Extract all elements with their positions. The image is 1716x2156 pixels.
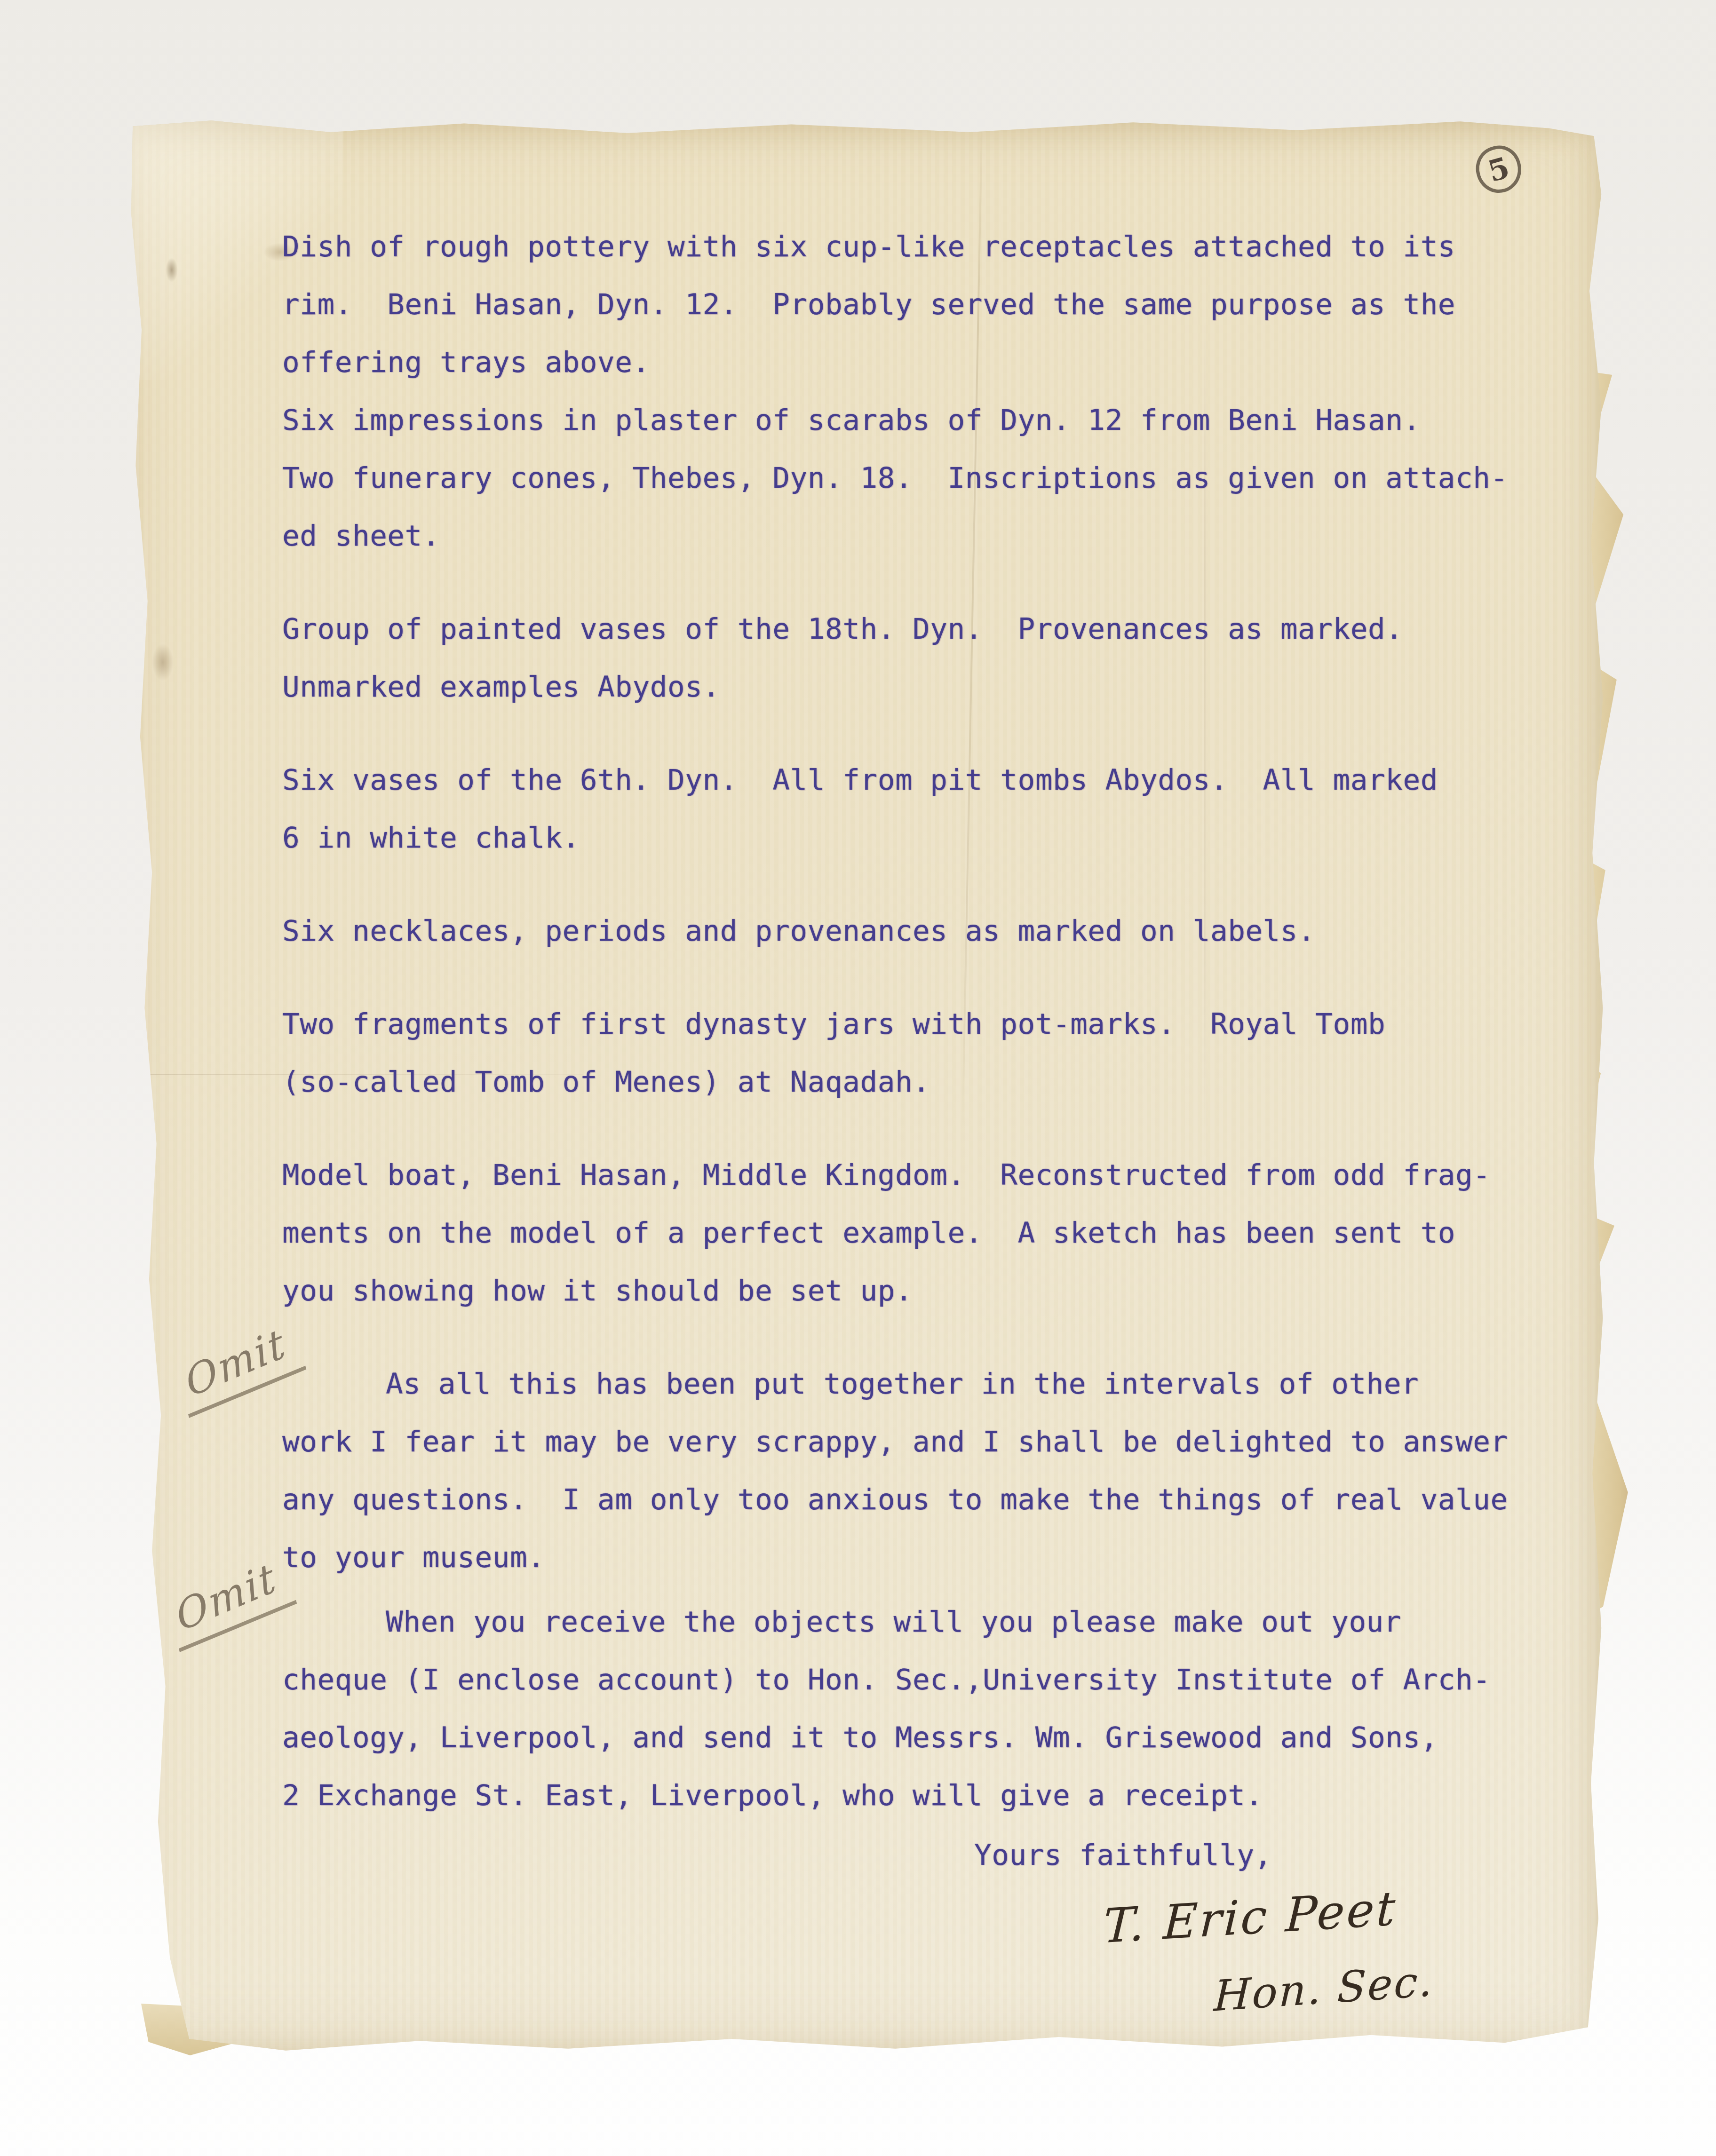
letter-page: 5 Dish of rough pottery with six cup-lik… — [122, 117, 1609, 2054]
paragraph: Model boat, Beni Hasan, Middle Kingdom. … — [282, 1146, 1609, 1320]
typed-line: aeology, Liverpool, and send it to Messr… — [282, 1709, 1609, 1767]
typed-line: work I fear it may be very scrappy, and … — [282, 1413, 1609, 1471]
paragraph: As all this has been put together in the… — [282, 1355, 1609, 1586]
typed-line: Unmarked examples Abydos. — [282, 658, 1609, 716]
typed-line: Six vases of the 6th. Dyn. All from pit … — [282, 751, 1609, 809]
typed-line: Dish of rough pottery with six cup-like … — [282, 218, 1609, 276]
signature-name: T. Eric Peet — [1102, 1881, 1398, 1954]
typed-line: Six necklaces, periods and provenances a… — [282, 902, 1609, 960]
typed-line: you showing how it should be set up. — [282, 1262, 1609, 1320]
typed-line: to your museum. — [282, 1529, 1609, 1586]
typed-line: ed sheet. — [282, 507, 1609, 565]
omit-annotation-top: Omit — [181, 1319, 291, 1407]
document-scan: 5 Dish of rough pottery with six cup-lik… — [0, 0, 1716, 2156]
scan-background: { "document": { "kind": "typewritten let… — [0, 0, 1716, 2156]
typed-line: As all this has been put together in the… — [282, 1355, 1609, 1413]
page-number-circled: 5 — [1470, 141, 1527, 198]
paragraph: Six vases of the 6th. Dyn. All from pit … — [282, 751, 1609, 867]
paragraph: When you receive the objects will you pl… — [282, 1593, 1609, 1824]
typed-line: ments on the model of a perfect example.… — [282, 1204, 1609, 1262]
typed-line: cheque (I enclose account) to Hon. Sec.,… — [282, 1651, 1609, 1709]
typed-line: 6 in white chalk. — [282, 809, 1609, 867]
signature-title: Hon. Sec. — [1213, 1956, 1435, 2021]
typed-line: 2 Exchange St. East, Liverpool, who will… — [282, 1767, 1609, 1824]
paragraph: Two fragments of first dynasty jars with… — [282, 995, 1609, 1111]
typed-line: Model boat, Beni Hasan, Middle Kingdom. … — [282, 1146, 1609, 1204]
paragraph: Dish of rough pottery with six cup-like … — [282, 218, 1609, 391]
typed-line: rim. Beni Hasan, Dyn. 12. Probably serve… — [282, 276, 1609, 333]
typed-line: offering trays above. — [282, 333, 1609, 391]
page-number-value: 5 — [1484, 150, 1513, 189]
closing-line: Yours faithfully, — [974, 1826, 1272, 1884]
typed-line: (so-called Tomb of Menes) at Naqadah. — [282, 1053, 1609, 1111]
paragraph: Group of painted vases of the 18th. Dyn.… — [282, 600, 1609, 716]
typed-line: Group of painted vases of the 18th. Dyn.… — [282, 600, 1609, 658]
letter-body: Dish of rough pottery with six cup-like … — [282, 218, 1609, 1824]
paragraph: Six impressions in plaster of scarabs of… — [282, 391, 1609, 449]
typed-line: Two fragments of first dynasty jars with… — [282, 995, 1609, 1053]
paragraph: Two funerary cones, Thebes, Dyn. 18. Ins… — [282, 449, 1609, 565]
paper-blemish — [152, 643, 174, 681]
typed-line: Six impressions in plaster of scarabs of… — [282, 391, 1609, 449]
paper-blemish — [166, 258, 178, 282]
typed-line: any questions. I am only too anxious to … — [282, 1471, 1609, 1529]
typed-line: When you receive the objects will you pl… — [282, 1593, 1609, 1651]
paragraph: Six necklaces, periods and provenances a… — [282, 902, 1609, 960]
typed-line: Two funerary cones, Thebes, Dyn. 18. Ins… — [282, 449, 1609, 507]
omit-annotation-bottom: Omit — [171, 1554, 281, 1641]
